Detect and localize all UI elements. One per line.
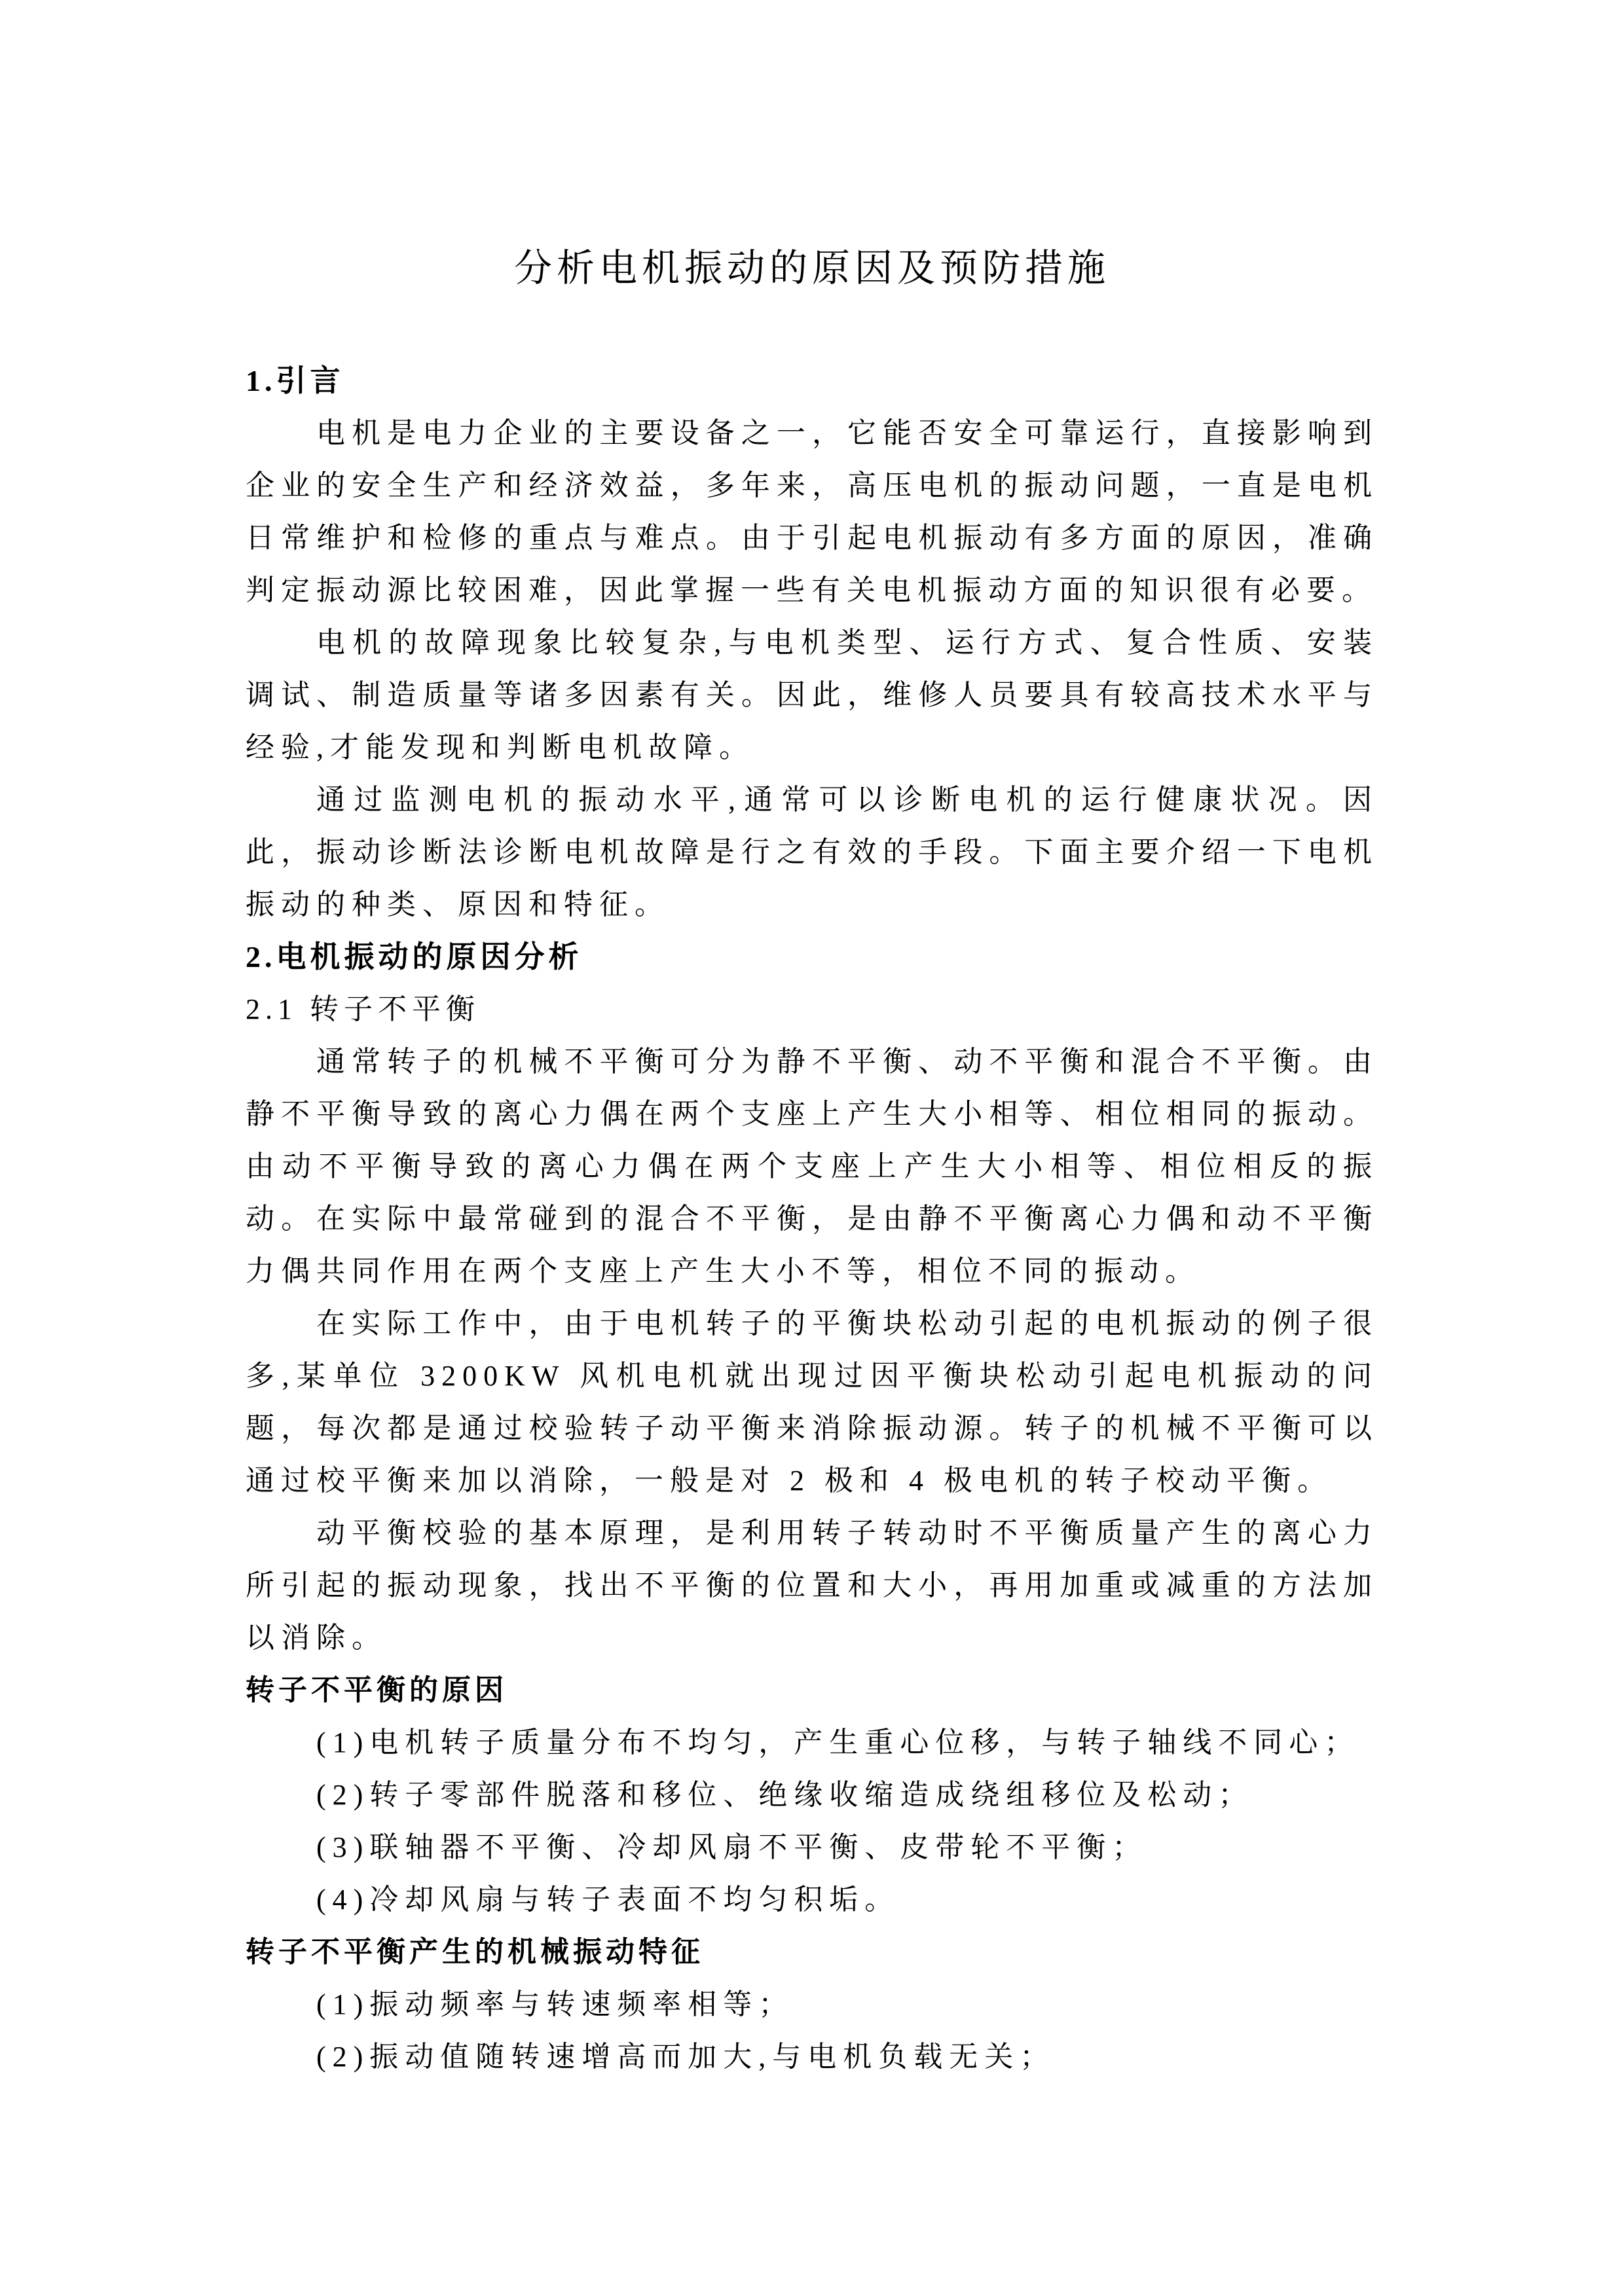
features-item-2: (2)振动值随转速增高而加大,与电机负载无关； <box>246 2031 1378 2083</box>
document-page: 分析电机振动的原因及预防措施 1.引言 电机是电力企业的主要设备之一，它能否安全… <box>0 0 1624 2296</box>
features-item-1: (1)振动频率与转速频率相等； <box>246 1978 1378 2031</box>
document-title: 分析电机振动的原因及预防措施 <box>246 242 1378 295</box>
analysis-paragraph-1: 通常转子的机械不平衡可分为静不平衡、动不平衡和混合不平衡。由静不平衡导致的离心力… <box>246 1036 1378 1298</box>
analysis-paragraph-2: 在实际工作中，由于电机转子的平衡块松动引起的电机振动的例子很多,某单位 3200… <box>246 1298 1378 1507</box>
causes-item-1: (1)电机转子质量分布不均匀，产生重心位移，与转子轴线不同心； <box>246 1717 1378 1769</box>
section-2-1-heading: 2.1 转子不平衡 <box>246 983 1378 1036</box>
features-heading: 转子不平衡产生的机械振动特征 <box>246 1926 1378 1978</box>
analysis-paragraph-3: 动平衡校验的基本原理，是利用转子转动时不平衡质量产生的离心力所引起的振动现象，找… <box>246 1507 1378 1664</box>
intro-paragraph-1: 电机是电力企业的主要设备之一，它能否安全可靠运行，直接影响到企业的安全生产和经济… <box>246 407 1378 617</box>
causes-item-2: (2)转子零部件脱落和移位、绝缘收缩造成绕组移位及松动； <box>246 1769 1378 1821</box>
section-1-heading: 1.引言 <box>246 355 1378 407</box>
causes-heading: 转子不平衡的原因 <box>246 1664 1378 1717</box>
section-2-heading: 2.电机振动的原因分析 <box>246 931 1378 983</box>
intro-paragraph-2: 电机的故障现象比较复杂,与电机类型、运行方式、复合性质、安装调试、制造质量等诸多… <box>246 617 1378 774</box>
intro-paragraph-3: 通过监测电机的振动水平,通常可以诊断电机的运行健康状况。因此，振动诊断法诊断电机… <box>246 774 1378 931</box>
causes-item-4: (4)冷却风扇与转子表面不均匀积垢。 <box>246 1874 1378 1926</box>
causes-item-3: (3)联轴器不平衡、冷却风扇不平衡、皮带轮不平衡； <box>246 1821 1378 1874</box>
